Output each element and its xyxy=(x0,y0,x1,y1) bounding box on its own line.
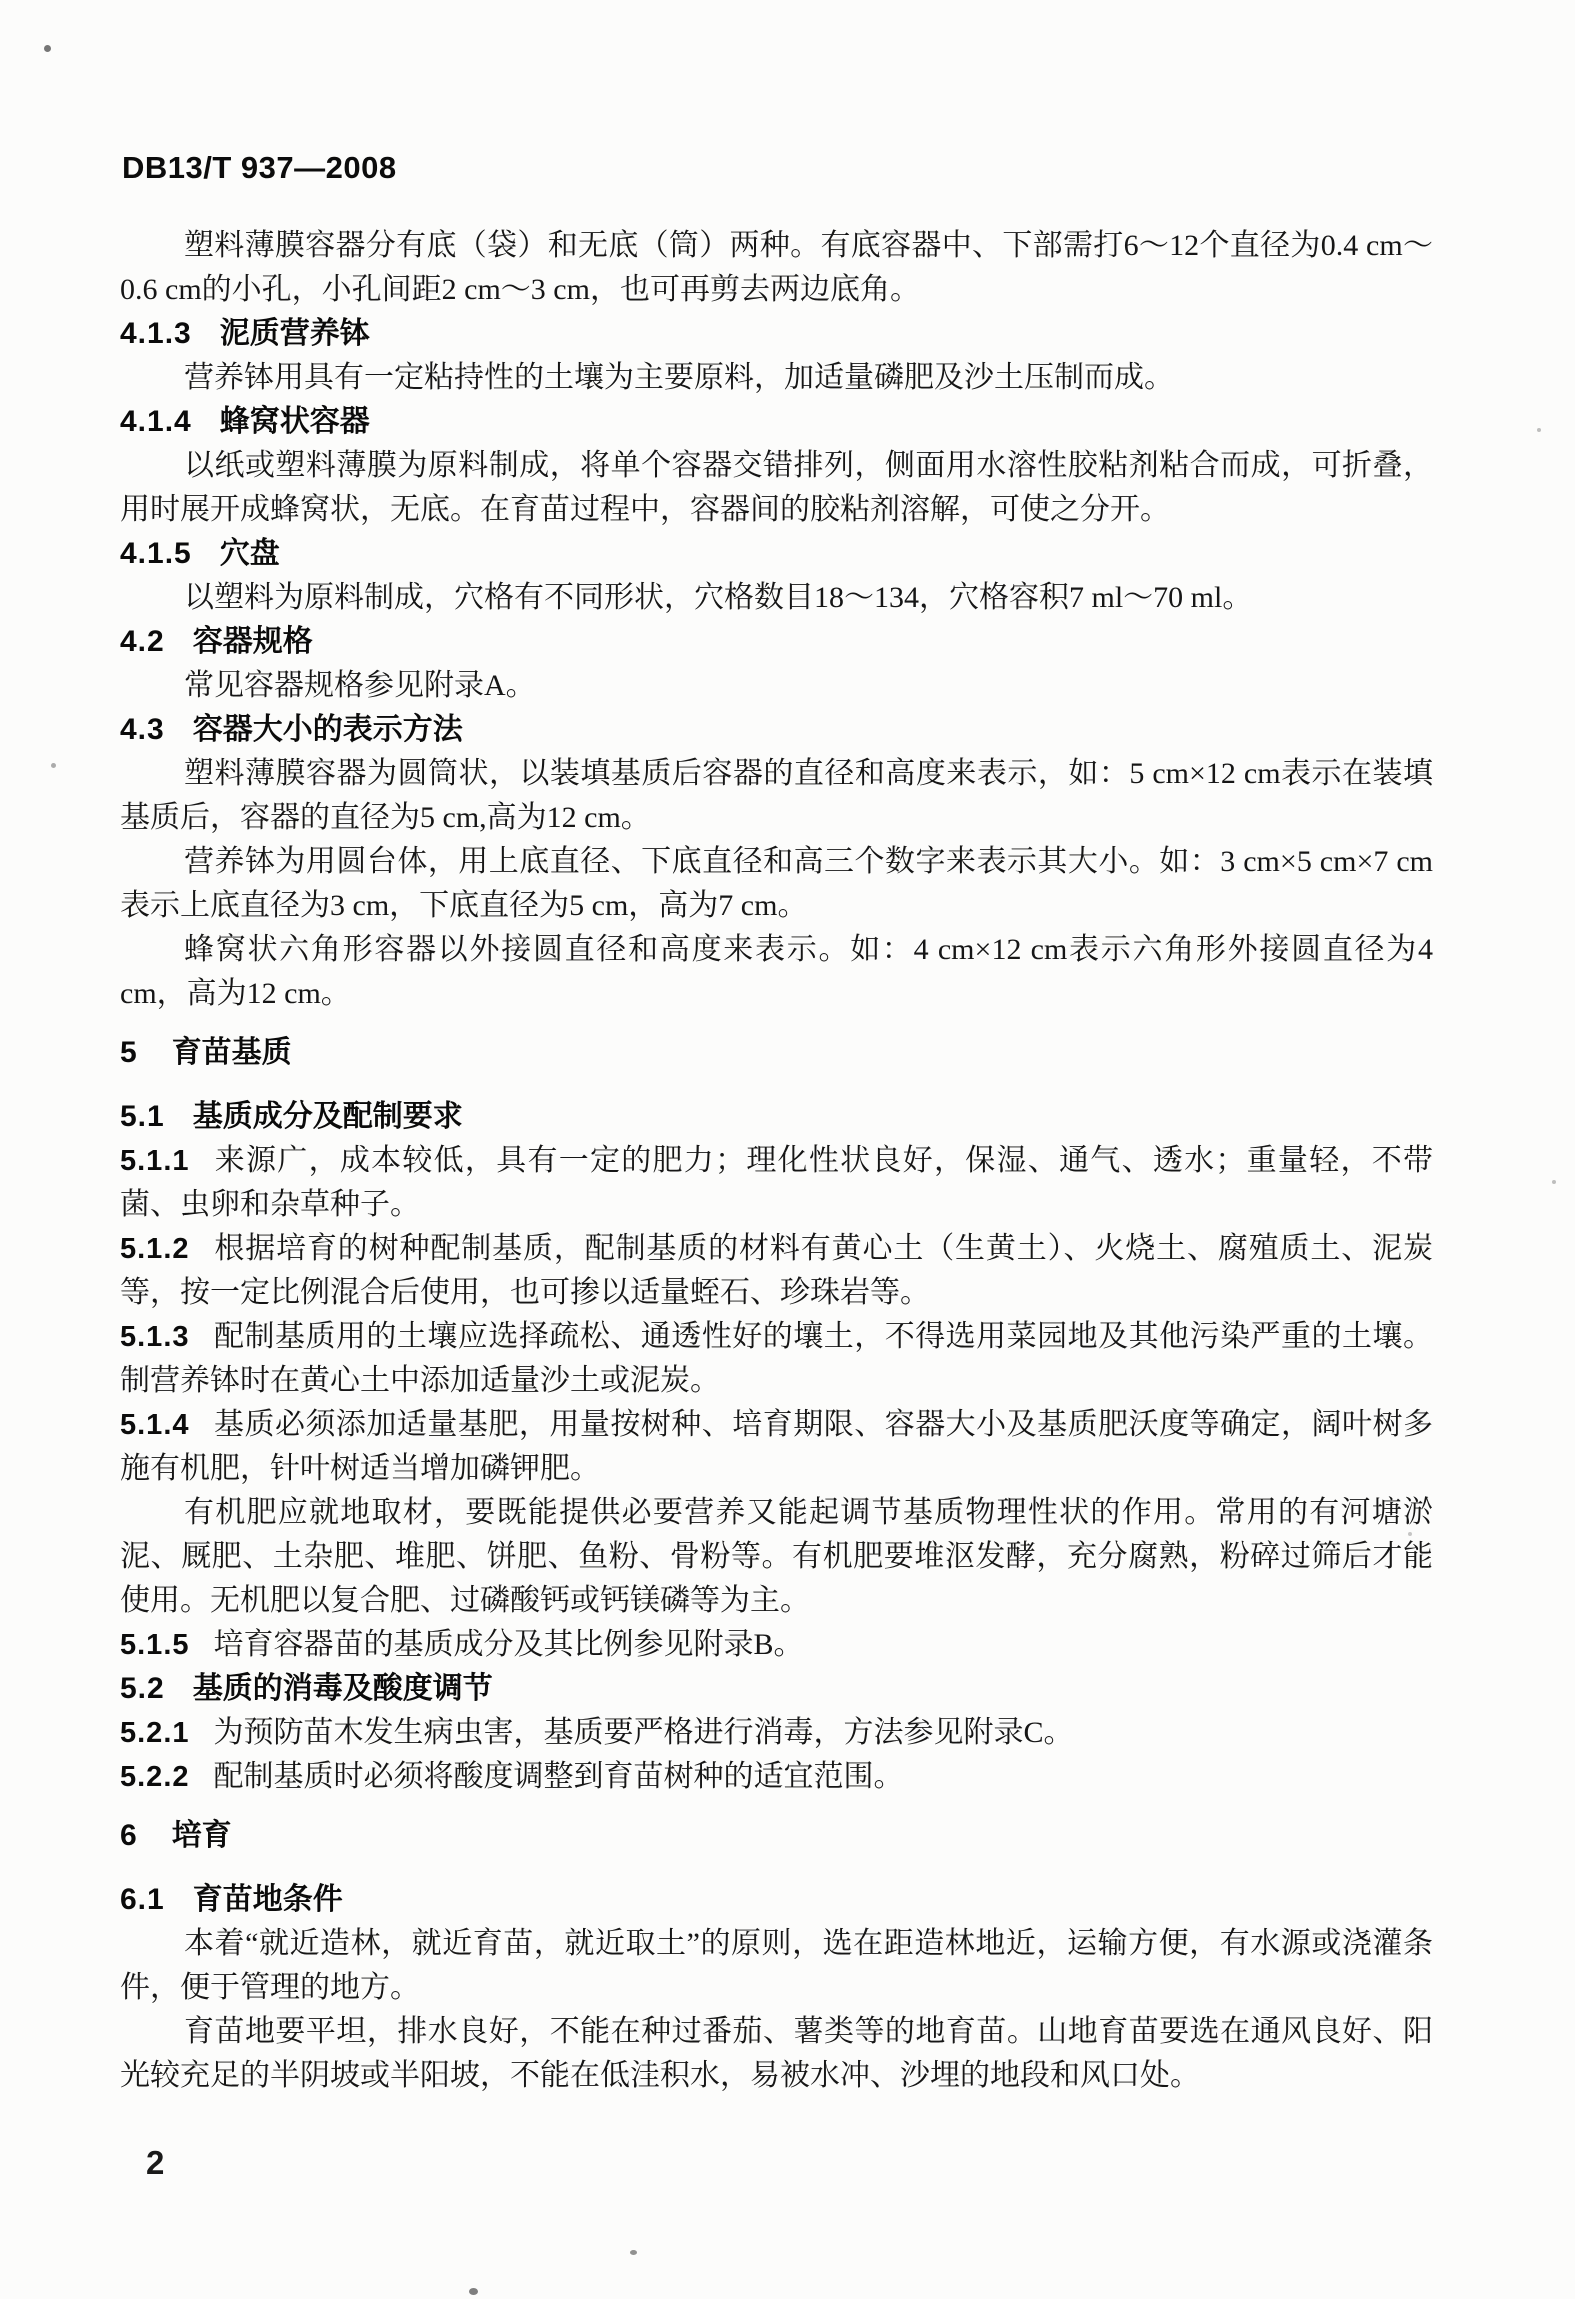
paragraph: 营养钵用具有一定粘持性的土壤为主要原料，加适量磷肥及沙土压制而成。 xyxy=(120,356,1433,400)
scan-speck xyxy=(51,763,56,768)
paragraph: 常见容器规格参见附录A。 xyxy=(120,664,1433,708)
clause-number: 5.1.2 xyxy=(120,1233,190,1265)
section-title: 穴盘 xyxy=(220,537,280,570)
clause-text: 配制基质时必须将酸度调整到育苗树种的适宜范围。 xyxy=(214,1760,904,1793)
clause-text: 配制基质用的土壤应选择疏松、通透性好的壤土，不得选用菜园地及其他污染严重的土壤。… xyxy=(120,1320,1433,1397)
section-heading-5.1: 5.1基质成分及配制要求 xyxy=(120,1095,1433,1139)
section-heading-4.1.3: 4.1.3泥质营养钵 xyxy=(120,312,1433,356)
clause-paragraph-5.1.4: 5.1.4基质必须添加适量基肥，用量按树种、培育期限、容器大小及基质肥沃度等确定… xyxy=(120,1403,1433,1491)
paragraph: 蜂窝状六角形容器以外接圆直径和高度来表示。如：4 cm×12 cm表示六角形外接… xyxy=(120,928,1433,1016)
section-number: 6 xyxy=(120,1814,138,1858)
paragraph: 塑料薄膜容器分有底（袋）和无底（筒）两种。有底容器中、下部需打6～12个直径为0… xyxy=(120,224,1433,312)
section-heading-4.1.4: 4.1.4蜂窝状容器 xyxy=(120,400,1433,444)
clause-paragraph-5.1.5: 5.1.5培育容器苗的基质成分及其比例参见附录B。 xyxy=(120,1623,1433,1667)
clause-paragraph-5.1.1: 5.1.1来源广，成本较低，具有一定的肥力；理化性状良好，保湿、通气、透水；重量… xyxy=(120,1139,1433,1227)
section-number: 4.1.3 xyxy=(120,312,192,356)
section-title: 培育 xyxy=(172,1819,232,1852)
section-title: 育苗基质 xyxy=(172,1036,292,1069)
paragraph: 有机肥应就地取材，要既能提供必要营养又能起调节基质物理性状的作用。常用的有河塘淤… xyxy=(120,1491,1433,1623)
section-title: 容器大小的表示方法 xyxy=(193,713,463,746)
section-title: 基质成分及配制要求 xyxy=(193,1100,463,1133)
section-heading-4.1.5: 4.1.5穴盘 xyxy=(120,532,1433,576)
section-number: 4.1.4 xyxy=(120,400,192,444)
clause-text: 来源广，成本较低，具有一定的肥力；理化性状良好，保湿、通气、透水；重量轻，不带菌… xyxy=(120,1144,1433,1221)
section-heading-4.2: 4.2容器规格 xyxy=(120,620,1433,664)
paragraph: 以纸或塑料薄膜为原料制成，将单个容器交错排列，侧面用水溶性胶粘剂粘合而成，可折叠… xyxy=(120,444,1433,532)
document-code-header: DB13/T 937—2008 xyxy=(122,150,397,186)
scan-speck xyxy=(1408,1532,1412,1536)
paragraph: 塑料薄膜容器为圆筒状，以装填基质后容器的直径和高度来表示，如：5 cm×12 c… xyxy=(120,752,1433,840)
clause-text: 为预防苗木发生病虫害，基质要严格进行消毒，方法参见附录C。 xyxy=(214,1716,1074,1749)
section-number: 4.2 xyxy=(120,620,165,664)
section-number: 5 xyxy=(120,1031,138,1075)
section-heading-6: 6培育 xyxy=(120,1814,1433,1858)
clause-text: 培育容器苗的基质成分及其比例参见附录B。 xyxy=(214,1628,804,1661)
clause-number: 5.1.4 xyxy=(120,1409,190,1441)
clause-paragraph-5.2.2: 5.2.2配制基质时必须将酸度调整到育苗树种的适宜范围。 xyxy=(120,1755,1433,1799)
section-number: 5.1 xyxy=(120,1095,165,1139)
page-number: 2 xyxy=(146,2144,164,2182)
clause-number: 5.1.3 xyxy=(120,1321,190,1353)
section-heading-4.3: 4.3容器大小的表示方法 xyxy=(120,708,1433,752)
section-number: 4.3 xyxy=(120,708,165,752)
clause-number: 5.2.2 xyxy=(120,1761,190,1793)
section-number: 5.2 xyxy=(120,1667,165,1711)
section-heading-6.1: 6.1育苗地条件 xyxy=(120,1878,1433,1922)
section-title: 泥质营养钵 xyxy=(220,317,370,350)
scan-speck xyxy=(1552,1180,1556,1184)
paragraph: 育苗地要平坦，排水良好，不能在种过番茄、薯类等的地育苗。山地育苗要选在通风良好、… xyxy=(120,2010,1433,2098)
scan-speck xyxy=(1537,428,1541,432)
document-body: 塑料薄膜容器分有底（袋）和无底（筒）两种。有底容器中、下部需打6～12个直径为0… xyxy=(120,224,1433,2098)
paragraph: 本着“就近造林，就近育苗，就近取土”的原则，选在距造林地近，运输方便，有水源或浇… xyxy=(120,1922,1433,2010)
document-page: DB13/T 937—2008 塑料薄膜容器分有底（袋）和无底（筒）两种。有底容… xyxy=(0,0,1575,2299)
section-title: 基质的消毒及酸度调节 xyxy=(193,1672,493,1705)
section-heading-5.2: 5.2基质的消毒及酸度调节 xyxy=(120,1667,1433,1711)
section-title: 蜂窝状容器 xyxy=(220,405,370,438)
clause-number: 5.1.1 xyxy=(120,1145,190,1177)
clause-number: 5.2.1 xyxy=(120,1717,190,1749)
scan-speck xyxy=(469,2288,478,2295)
clause-number: 5.1.5 xyxy=(120,1629,190,1661)
section-title: 育苗地条件 xyxy=(193,1883,343,1916)
clause-paragraph-5.2.1: 5.2.1为预防苗木发生病虫害，基质要严格进行消毒，方法参见附录C。 xyxy=(120,1711,1433,1755)
clause-paragraph-5.1.2: 5.1.2根据培育的树种配制基质，配制基质的材料有黄心土（生黄土）、火烧土、腐殖… xyxy=(120,1227,1433,1315)
paragraph: 营养钵为用圆台体，用上底直径、下底直径和高三个数字来表示其大小。如：3 cm×5… xyxy=(120,840,1433,928)
section-number: 6.1 xyxy=(120,1878,165,1922)
section-heading-5: 5育苗基质 xyxy=(120,1031,1433,1075)
clause-text: 基质必须添加适量基肥，用量按树种、培育期限、容器大小及基质肥沃度等确定，阔叶树多… xyxy=(120,1408,1433,1485)
paragraph: 以塑料为原料制成，穴格有不同形状，穴格数目18～134，穴格容积7 ml～70 … xyxy=(120,576,1433,620)
section-number: 4.1.5 xyxy=(120,532,192,576)
section-title: 容器规格 xyxy=(193,625,313,658)
scan-speck xyxy=(44,45,51,52)
clause-text: 根据培育的树种配制基质，配制基质的材料有黄心土（生黄土）、火烧土、腐殖质土、泥炭… xyxy=(120,1232,1433,1309)
scan-speck xyxy=(630,2250,637,2255)
clause-paragraph-5.1.3: 5.1.3配制基质用的土壤应选择疏松、通透性好的壤土，不得选用菜园地及其他污染严… xyxy=(120,1315,1433,1403)
